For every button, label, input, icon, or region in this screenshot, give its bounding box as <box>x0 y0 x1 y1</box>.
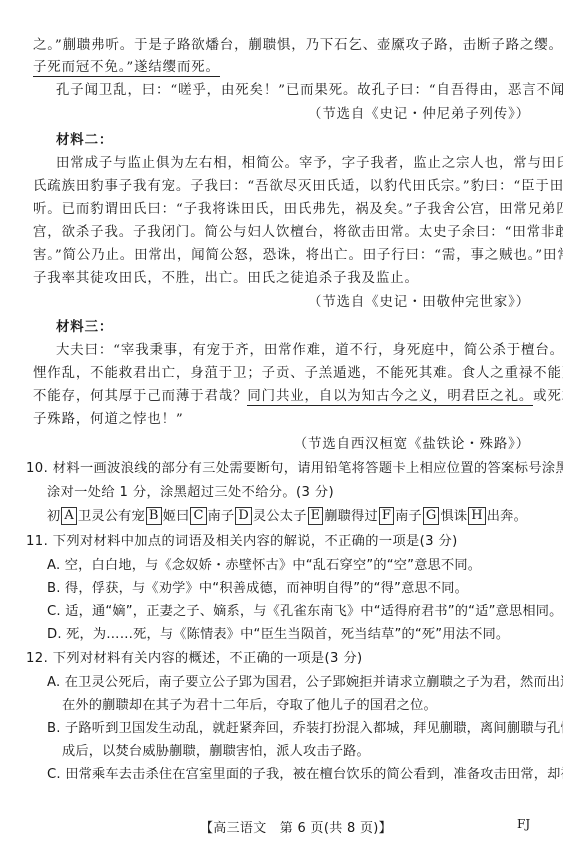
material2-heading: 材料二： <box>56 131 530 149</box>
q12-option-A-cont: 在外的蒯聩却在其子为君十二年后，夺取了他儿子的国君之位。 <box>62 697 530 715</box>
material2-source: （节选自《史记・田敬仲完世家》） <box>33 294 530 312</box>
sentence-fragment: 蒯聩得过 <box>324 509 378 524</box>
break-option-E[interactable]: E <box>308 507 324 525</box>
sentence-fragment: 灵公太子 <box>253 509 307 524</box>
break-option-B[interactable]: B <box>146 507 162 525</box>
sentence-fragment: 惧诛 <box>440 509 467 524</box>
q10-sentence: 初A卫灵公有宠B姬曰C南子D灵公太子E蒯聩得过F南子G惧诛H出奔。 <box>47 507 530 527</box>
material1-line-2: 子死而冠不免。”遂结缨而死。 <box>33 59 530 77</box>
exam-page: 之。”蒯聩弗听。于是子路欲燔台，蒯聩惧，乃下石乞、壶黡攻子路，击断子路之缨。子路… <box>0 0 563 852</box>
material1-text: 之。”蒯聩弗听。于是子路欲燔台，蒯聩惧，乃下石乞、壶黡攻子路，击断子路之缨。 <box>33 38 563 53</box>
q11-option-B[interactable]: B. 得，俘获，与《劝学》中“积善成德，而神明自得”的“得”意思不同。 <box>47 580 530 598</box>
material2-line: 田常成子与监止俱为左右相，相简公。宰予，字子我者，监止之宗人也，常与田氏有郄。田 <box>56 155 530 173</box>
break-option-F[interactable]: F <box>379 507 394 525</box>
underlined-text: 子死而冠不免。”遂结缨而死。 <box>33 60 220 77</box>
page-footer: 【高三语文 第 6 页(共 8 页)】 FJ <box>0 817 563 835</box>
material2-line: 听。已而豹谓田氏曰：“子我将诛田氏，田氏弗先，祸及矣。”子我舍公宫，田常兄弟四人… <box>33 201 530 219</box>
q12-option-A[interactable]: A. 在卫灵公死后，南子要立公子郢为国君，公子郢婉拒并请求立蒯聩之子为君，然而出… <box>47 674 530 692</box>
sentence-fragment: 出奔。 <box>487 509 527 524</box>
material1-line-3: 孔子闻卫乱，曰：“嗟乎，由死矣！”已而果死。故孔子曰：“自吾得由，恶言不闻于耳。… <box>56 82 530 100</box>
break-option-A[interactable]: A <box>61 507 77 525</box>
page-number: 【高三语文 第 6 页(共 8 页)】 <box>200 817 392 836</box>
material3-source: （节选自西汉桓宽《盐铁论・殊路》） <box>33 436 530 454</box>
q12-stem: 12. 下列对材料有关内容的概述，不正确的一项是(3 分) <box>26 650 536 668</box>
underlined-text: 同门共业，自以为知古今之义，明君臣之礼。 <box>247 389 533 406</box>
q12-option-B[interactable]: B. 子路听到卫国发生动乱，就赶紧奔回，乔装打扮混入都城，拜见蒯聩，离间蒯聩与孔… <box>47 720 530 738</box>
break-option-C[interactable]: C <box>190 507 206 525</box>
material3-line: 大夫曰：“宰我秉事，有宠于齐，田常作难，道不行，身死庭中，简公杀于檀台。子路仕卫… <box>56 342 530 360</box>
sentence-fragment: 卫灵公有宠 <box>78 509 145 524</box>
material2-line: 宫，欲杀子我。子我闭门。简公与妇人饮檀台，将欲击田常。太史子余曰：“田常非敢为乱… <box>33 224 530 242</box>
q10-stem: 10. 材料一画波浪线的部分有三处需要断句，请用铅笔将答题卡上相应位置的答案标号… <box>26 460 536 478</box>
q11-stem: 11. 下列对材料中加点的词语及相关内容的解说，不正确的一项是(3 分) <box>26 533 536 551</box>
material2-text: 氏疏族田豹事子我有宠。子我曰：“吾欲尽灭田氏适，以豹代田氏宗。”豹曰：“臣于田氏… <box>33 179 563 194</box>
sentence-fragment: 姬曰 <box>163 509 190 524</box>
material2-line: 害。”简公乃止。田常出，闻简公怒，恐诛，将出亡。田子行曰：“需，事之贼也。”田常… <box>33 247 530 265</box>
break-option-G[interactable]: G <box>423 507 440 525</box>
q11-option-C[interactable]: C. 适，通“嫡”，正妻之子、嫡系，与《孔雀东南飞》中“适得府君书”的“适”意思… <box>47 603 530 621</box>
region-code: FJ <box>517 817 530 831</box>
sentence-fragment: 南子 <box>208 509 235 524</box>
material2-line: 氏疏族田豹事子我有宠。子我曰：“吾欲尽灭田氏适，以豹代田氏宗。”豹曰：“臣于田氏… <box>33 178 530 196</box>
material3-line: 子殊路，何道之悖也！” <box>33 411 530 429</box>
material3-line: 悝作乱，不能救君出亡，身菹于卫；子贡、子羔遁逃，不能死其难。食人之重禄不能更，处… <box>33 365 530 383</box>
sentence-fragment: 初 <box>47 509 60 524</box>
q11-option-D[interactable]: D. 死，为……死，与《陈情表》中“臣生当陨首，死当结草”的“死”用法不同。 <box>47 626 530 644</box>
break-option-H[interactable]: H <box>468 507 486 525</box>
material3-text: 不能存，何其厚于己而薄于君哉？ <box>33 389 247 404</box>
sentence-fragment: 南子 <box>395 509 422 524</box>
material1-line-1: 之。”蒯聩弗听。于是子路欲燔台，蒯聩惧，乃下石乞、壶黡攻子路，击断子路之缨。子路… <box>33 37 530 55</box>
material3-text: 或死或亡，二三 <box>533 389 563 404</box>
material1-source: （节选自《史记・仲尼弟子列传》） <box>33 106 530 124</box>
q11-option-A[interactable]: A. 空，白白地，与《念奴娇・赤壁怀古》中“乱石穿空”的“空”意思不同。 <box>47 557 530 575</box>
q12-option-C[interactable]: C. 田常乘车去击杀住在宫室里面的子我，被在檀台饮乐的简公看到，准备攻击田常，却… <box>47 766 530 784</box>
material2-line: 子我率其徒攻田氏，不胜，出亡。田氏之徒追杀子我及监止。 <box>33 270 530 288</box>
q12-option-B-cont: 成后，以焚台威胁蒯聩，蒯聩害怕，派人攻击子路。 <box>62 743 530 761</box>
break-option-D[interactable]: D <box>235 507 252 525</box>
material3-heading: 材料三： <box>56 318 530 336</box>
material3-line: 不能存，何其厚于己而薄于君哉？同门共业，自以为知古今之义，明君臣之礼。或死或亡，… <box>33 388 530 406</box>
q10-stem-cont: 涂对一处给 1 分，涂黑超过三处不给分。(3 分) <box>47 484 530 502</box>
